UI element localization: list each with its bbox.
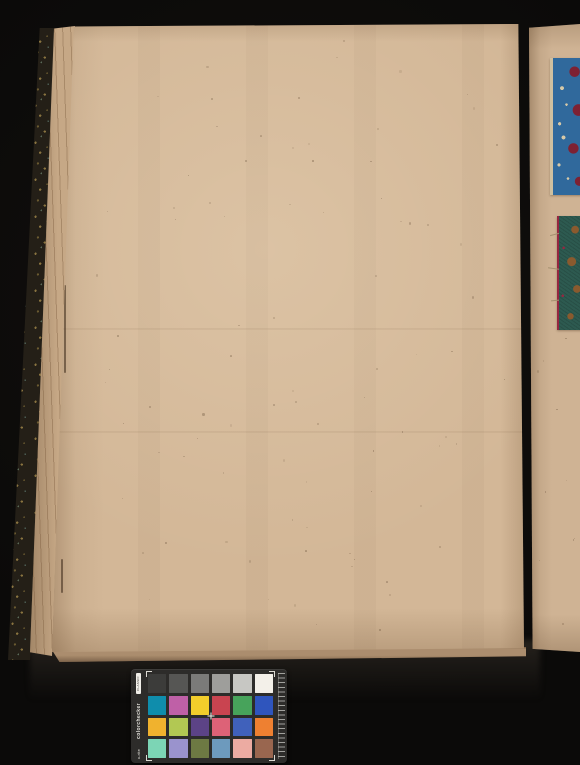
paper-speck xyxy=(389,594,391,595)
paper-speck xyxy=(371,491,372,492)
paper-speck xyxy=(343,40,345,42)
colorchecker-ruler-strip xyxy=(275,669,287,763)
paper-speck xyxy=(216,126,218,127)
paper-speck xyxy=(230,424,232,426)
paper-speck xyxy=(399,70,401,73)
ruler-tick-marks xyxy=(278,673,285,759)
paper-speck xyxy=(364,397,365,398)
paper-speck xyxy=(230,355,232,357)
paper-speck xyxy=(305,550,307,552)
paper-speck xyxy=(158,452,160,454)
paper-speck xyxy=(316,624,317,625)
paper-speck xyxy=(562,623,564,625)
facing-page-partial xyxy=(529,24,580,652)
patch-neutral-8 xyxy=(233,674,251,693)
patch-purplish-blue xyxy=(233,718,251,737)
paper-speck xyxy=(211,98,213,100)
page-crease xyxy=(52,431,524,433)
paper-speck xyxy=(473,107,475,109)
paper-speck xyxy=(117,335,119,337)
paper-speck xyxy=(566,480,567,481)
patch-blue-sky xyxy=(212,739,230,758)
paper-speck xyxy=(460,243,462,245)
binding-stitch-mark xyxy=(61,559,63,593)
paper-speck xyxy=(451,351,453,352)
paper-speck xyxy=(225,541,227,544)
paper-speck xyxy=(165,542,167,544)
patch-purple xyxy=(191,718,209,737)
paper-speck xyxy=(375,275,377,277)
textile-swatch-blue-floral xyxy=(550,58,580,195)
paper-speck xyxy=(376,368,378,370)
paper-speck xyxy=(149,599,150,600)
paper-speck xyxy=(188,175,189,176)
paper-speck xyxy=(565,338,566,339)
center-crosshair-mark xyxy=(207,713,214,720)
fray-thread xyxy=(550,233,559,236)
paper-speck xyxy=(472,296,474,299)
paper-speck xyxy=(416,354,417,355)
paper-speck xyxy=(306,481,307,483)
paper-speck xyxy=(545,491,547,493)
paper-speck xyxy=(354,559,355,560)
patch-magenta xyxy=(169,696,187,715)
paper-speck xyxy=(209,202,211,204)
paper-speck xyxy=(109,369,111,370)
colorchecker-product-label: colorchecker xyxy=(136,703,142,739)
patch-blue-flower xyxy=(169,739,187,758)
paper-speck xyxy=(268,599,269,601)
patch-moderate-red xyxy=(212,718,230,737)
paper-speck xyxy=(573,539,575,541)
paper-speck xyxy=(175,219,176,220)
paper-speck xyxy=(574,538,575,539)
patch-neutral-3-5 xyxy=(169,674,187,693)
paper-speck xyxy=(289,204,291,205)
colorchecker-label-strip: CLASSIC colorchecker x-rite xyxy=(131,669,146,763)
patch-green xyxy=(233,696,251,715)
paper-speck xyxy=(306,527,308,528)
patch-light-skin xyxy=(233,739,251,758)
colorchecker-card: CLASSIC colorchecker x-rite xyxy=(131,669,287,763)
patch-yellow-green xyxy=(169,718,187,737)
paper-speck xyxy=(105,382,106,383)
paper-speck xyxy=(317,423,318,424)
paper-speck xyxy=(537,370,539,373)
paper-speck xyxy=(439,445,441,447)
paper-speck xyxy=(312,160,313,162)
paper-speck xyxy=(292,390,294,392)
paper-speck xyxy=(249,560,251,562)
registration-corner-mark xyxy=(269,755,275,761)
patch-neutral-5 xyxy=(191,674,209,693)
paper-speck xyxy=(467,94,468,96)
paper-speck xyxy=(351,566,352,567)
paper-speck xyxy=(149,406,151,408)
paper-speck xyxy=(122,498,124,499)
paper-speck xyxy=(543,360,544,362)
paper-speck xyxy=(377,128,379,130)
patch-cyan xyxy=(148,696,166,715)
fray-thread xyxy=(551,300,559,302)
paper-speck xyxy=(295,401,297,403)
blank-album-page xyxy=(52,23,524,652)
paper-speck xyxy=(370,161,371,162)
paper-speck xyxy=(298,97,300,99)
paper-speck xyxy=(308,143,310,145)
paper-speck xyxy=(292,147,293,148)
registration-corner-mark xyxy=(269,671,275,677)
paper-speck xyxy=(539,560,541,561)
paper-speck xyxy=(556,409,558,410)
paper-speck xyxy=(373,450,374,451)
paper-speck xyxy=(206,66,208,68)
paper-speck xyxy=(173,207,175,209)
paper-speck xyxy=(496,144,498,146)
page-crease xyxy=(52,328,524,330)
colorchecker-patch-area xyxy=(146,669,275,763)
paper-speck xyxy=(379,629,381,631)
paper-speck xyxy=(504,379,505,380)
paper-speck xyxy=(349,553,351,554)
paper-speck xyxy=(456,443,457,444)
paper-speck xyxy=(400,221,401,223)
paper-speck xyxy=(224,216,226,217)
paper-speck xyxy=(386,581,388,583)
paper-speck xyxy=(292,519,293,521)
x-rite-logo: x-rite xyxy=(136,749,141,759)
paper-speck xyxy=(123,423,125,424)
patch-foliage xyxy=(191,739,209,758)
patch-neutral-6-5 xyxy=(212,674,230,693)
paper-speck xyxy=(273,404,275,406)
paper-speck xyxy=(260,135,262,137)
paper-speck xyxy=(323,212,324,213)
patch-blue xyxy=(255,696,273,715)
paper-speck xyxy=(427,224,429,226)
registration-corner-mark xyxy=(146,755,152,761)
binding-stitch-mark xyxy=(64,285,66,373)
paper-speck xyxy=(445,436,447,438)
patch-red xyxy=(212,696,230,715)
paper-speck xyxy=(294,604,296,607)
paper-speck xyxy=(107,211,108,212)
paper-speck xyxy=(336,57,338,58)
paper-speck xyxy=(197,438,198,439)
photograph-of-sample-book: CLASSIC colorchecker x-rite xyxy=(0,0,580,765)
paper-speck xyxy=(223,472,224,474)
paper-speck xyxy=(381,198,382,199)
paper-speck xyxy=(142,552,144,554)
patch-orange-yellow xyxy=(148,718,166,737)
patch-orange xyxy=(255,718,273,737)
colorchecker-variant-label: CLASSIC xyxy=(136,673,141,694)
paper-speck xyxy=(273,317,275,319)
paper-speck xyxy=(409,222,411,225)
paper-speck xyxy=(439,546,441,548)
paper-speck xyxy=(245,160,247,163)
registration-corner-mark xyxy=(146,671,152,677)
paper-speck xyxy=(157,96,159,97)
textile-swatch-teal-rust xyxy=(557,216,580,330)
paper-speck xyxy=(96,274,98,276)
paper-speck xyxy=(183,456,184,457)
fray-thread xyxy=(548,267,559,270)
paper-speck xyxy=(202,413,204,415)
paper-speck xyxy=(420,505,422,507)
paper-speck xyxy=(283,459,285,462)
paper-speck xyxy=(238,325,239,326)
